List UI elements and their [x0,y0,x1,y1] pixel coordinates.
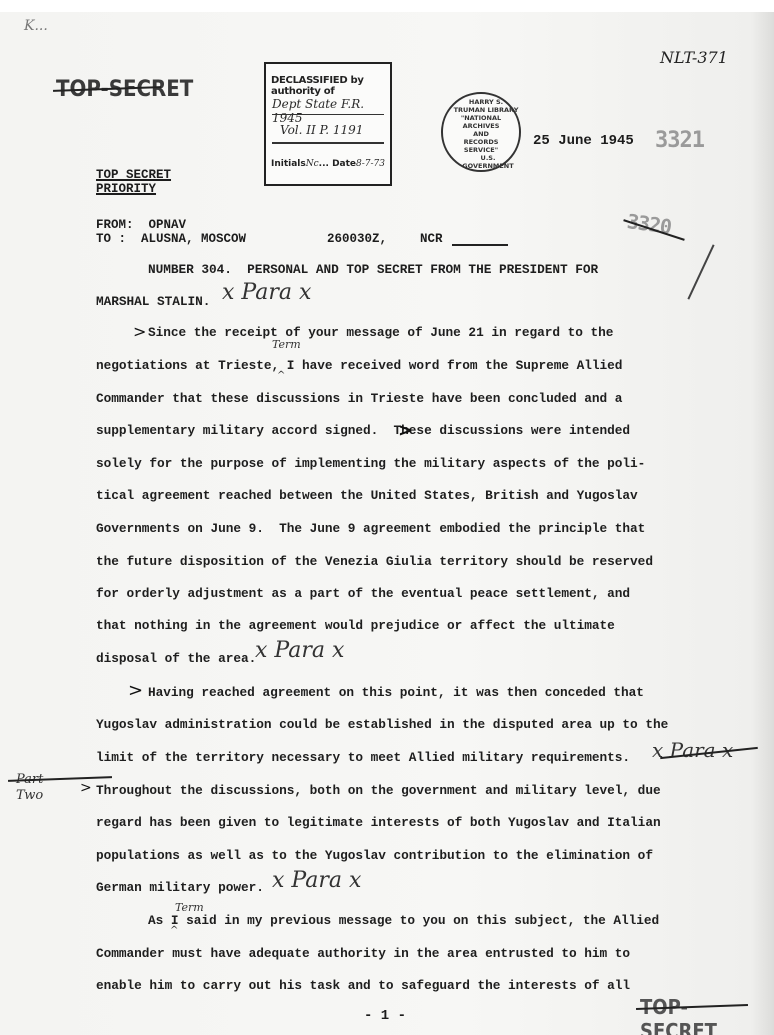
body-line: Governments on June 9. The June 9 agreem… [96,521,645,536]
initials-label: Initials [271,159,306,169]
ncr-label: NCR [420,232,443,246]
initials-value: Nc [306,159,319,169]
date-label: Date [332,159,356,169]
to-label: TO : [96,232,126,246]
from-label: FROM: [96,218,134,232]
check-mark [687,244,714,299]
ncr-blank-line [452,244,508,246]
para-annotation: x Para x [222,280,311,305]
body-line: supplementary military accord signed. Th… [96,423,630,438]
body-line: As I said in my previous message to you … [148,913,659,928]
para-annotation: x Para x [272,868,361,893]
body-line: MARSHAL STALIN. [96,294,210,309]
from-value: OPNAV [149,218,187,232]
seal-ring-top: HARRY S. TRUMAN LIBRARY [453,98,519,114]
top-secret-stamp-bottom: TOP-SECRET [640,995,761,1035]
body-line: regard has been given to legitimate inte… [96,815,661,830]
body-line: enable him to carry out his task and to … [96,978,630,993]
corner-scribble: K... [24,18,48,34]
body-line: Commander that these discussions in Trie… [96,391,622,406]
body-line: populations as well as to the Yugoslav c… [96,848,653,863]
body-line: German military power. [96,880,264,895]
body-line: that nothing in the agreement would prej… [96,618,615,633]
classification: TOP SECRET [96,168,171,182]
underline [272,142,384,144]
caret-mark: ^ [277,370,285,381]
reference-number: NLT-371 [660,48,728,67]
body-line: disposal of the area. [96,651,256,666]
body-line: the future disposition of the Venezia Gi… [96,554,653,569]
declassification-volume: Vol. II P. 1191 [280,123,363,137]
declassification-authority: Dept State F.R. 1945 [272,97,390,125]
body-line: tical agreement reached between the Unit… [96,488,638,503]
body-line: Yugoslav administration could be establi… [96,717,668,732]
from-row: FROM: OPNAV [96,218,186,232]
declassification-title: DECLASSIFIED by authority of [271,75,390,97]
declassification-initials-row: InitialsNc... Date8-7-73 [271,159,385,169]
classification-header: TOP SECRET PRIORITY [96,168,171,196]
to-row: TO : ALUSNA, MOSCOW [96,232,246,246]
document-page: K... TOP-SECRET DECLASSIFIED by authorit… [0,0,774,1035]
body-line: Having reached agreement on this point, … [148,685,644,700]
arrow-mark: > [133,322,146,341]
arrow-mark: > [128,680,143,701]
body-line: limit of the territory necessary to meet… [96,750,630,765]
part-two-annotation: Part Two [16,772,66,804]
body-line: solely for the purpose of implementing t… [96,456,645,471]
library-seal: HARRY S. TRUMAN LIBRARY "NATIONAL ARCHIV… [441,92,521,172]
declassification-stamp: DECLASSIFIED by authority of Dept State … [264,62,392,186]
body-line: Commander must have adequate authority i… [96,946,630,961]
body-line: Since the receipt of your message of Jun… [148,325,613,340]
seal-center-text: "NATIONAL ARCHIVES AND RECORDS SERVICE" [455,114,507,154]
underline [272,114,384,115]
message-date: 25 June 1945 [533,133,634,149]
body-line: Throughout the discussions, both on the … [96,783,661,798]
body-line: negotiations at Trieste, I have received… [96,358,622,373]
scan-border [0,0,774,12]
page-number: - 1 - [364,1008,406,1024]
para-annotation: x Para x [255,638,344,663]
date-value: 8-7-73 [356,159,385,169]
body-line: NUMBER 304. PERSONAL AND TOP SECRET FROM… [148,262,598,277]
caret-mark: ^ [170,925,178,936]
precedence: PRIORITY [96,182,171,196]
insert-term-annotation: Term [272,338,301,351]
date-time-group: 260030Z, [327,232,387,246]
arrow-mark: > [80,780,92,796]
seal-ring-bottom: U.S. GOVERNMENT [457,154,519,170]
file-stamp-number: 3321 [655,128,704,153]
body-line: for orderly adjustment as a part of the … [96,586,630,601]
to-value: ALUSNA, MOSCOW [141,232,246,246]
arrow-mark: > [398,420,413,441]
